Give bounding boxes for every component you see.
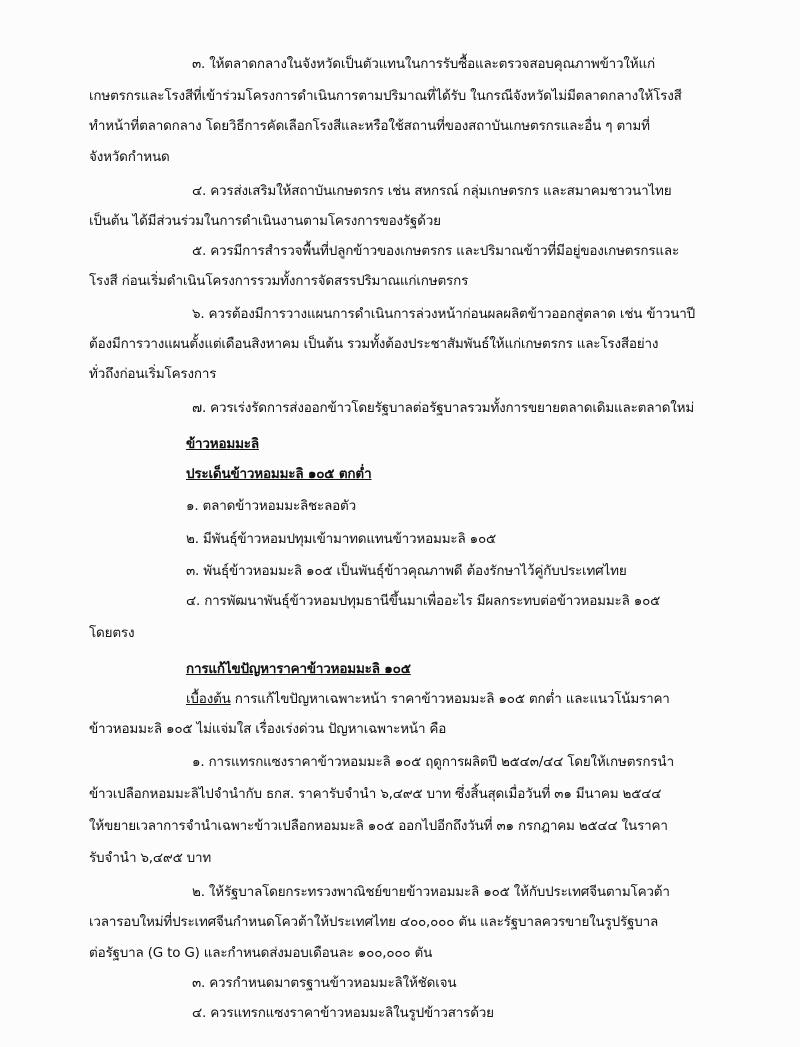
sol2-line1: ๒. ให้รัฐบาลโดยกระทรวงพาณิชย์ขายข้าวหอมม…: [192, 882, 670, 902]
sol3-line: ๓. ควรกำหนดมาตรฐานข้าวหอมมะลิให้ชัดเจน: [192, 973, 456, 993]
sol2-line2: เวลารอบใหม่ที่ประเทศจีนกำหนดโควต้าให้ประ…: [89, 912, 658, 932]
sol1-line1: ๑. การแทรกแซงราคาข้าวหอมมะลิ ๑๐๕ ฤดูการผ…: [192, 752, 674, 772]
item3-line2: เกษตรกรและโรงสีที่เข้าร่วมโครงการดำเนินก…: [89, 86, 682, 106]
item4-line2: เป็นต้น ได้มีส่วนร่วมในการดำเนินงานตามโค…: [89, 211, 441, 231]
issue-3: ๓. พันธุ์ข้าวหอมมะลิ ๑๐๕ เป็นพันธุ์ข้าวค…: [186, 561, 627, 581]
item3-line4: จังหวัดกำหนด: [89, 147, 170, 167]
sol4-line: ๔. ควรแทรกแซงราคาข้าวหอมมะลิในรูปข้าวสาร…: [192, 1003, 494, 1023]
issue-4: ๔. การพัฒนาพันธุ์ข้าวหอมปทุมธานีขึ้นมาเพ…: [186, 591, 660, 611]
intro-text: การแก้ไขปัญหาเฉพาะหน้า ราคาข้าวหอมมะลิ ๑…: [231, 691, 670, 707]
item6-line1: ๖. ควรต้องมีการวางแผนการดำเนินการล่วงหน้…: [192, 304, 695, 324]
solutions-heading: การแก้ไขปัญหาราคาข้าวหอมมะลิ ๑๐๕: [186, 659, 411, 679]
issue-2: ๒. มีพันธุ์ข้าวหอมปทุมเข้ามาทดแทนข้าวหอม…: [186, 529, 496, 549]
sol1-line2: ข้าวเปลือกหอมมะลิไปจำนำกับ ธกส. ราคารับจ…: [89, 784, 661, 804]
document-page: ๓. ให้ตลาดกลางในจังหวัดเป็นตัวแทนในการรั…: [0, 0, 800, 1047]
item5-line2: โรงสี ก่อนเริ่มดำเนินโครงการรวมทั้งการจั…: [89, 271, 468, 291]
item6-line3: ทั่วถึงก่อนเริ่มโครงการ: [89, 364, 216, 384]
issue-4-cont: โดยตรง: [89, 623, 134, 643]
intro-line2: ข้าวหอมมะลิ ๑๐๕ ไม่แจ่มใส เรื่องเร่งด่วน…: [89, 719, 446, 739]
issue-1: ๑. ตลาดข้าวหอมมะลิชะลอตัว: [186, 496, 356, 516]
sol1-line3: ให้ขยายเวลาการจำนำเฉพาะข้าวเปลือกหอมมะลิ…: [89, 816, 668, 836]
jasmine-heading: ข้าวหอมมะลิ: [186, 434, 259, 454]
intro-label: เบื้องต้น: [186, 691, 231, 707]
item6-line2: ต้องมีการวางแผนตั้งแต่เดือนสิงหาคม เป็นต…: [89, 334, 658, 354]
item7-line1: ๗. ควรเร่งรัดการส่งออกข้าวโดยรัฐบาลต่อรั…: [192, 398, 694, 418]
item5-line1: ๕. ควรมีการสำรวจพื้นที่ปลูกข้าวของเกษตรก…: [192, 241, 679, 261]
sol2-line3: ต่อรัฐบาล (G to G) และกำหนดส่งมอบเดือนละ…: [89, 943, 432, 963]
item3-line1: ๓. ให้ตลาดกลางในจังหวัดเป็นตัวแทนในการรั…: [192, 54, 655, 74]
item4-line1: ๔. ควรส่งเสริมให้สถาบันเกษตรกร เช่น สหกร…: [192, 181, 671, 201]
sol1-line4: รับจำนำ ๖,๔๙๕ บาท: [89, 848, 211, 868]
issues-heading: ประเด็นข้าวหอมมะลิ ๑๐๕ ตกต่ำ: [186, 464, 372, 484]
intro-line1: เบื้องต้น การแก้ไขปัญหาเฉพาะหน้า ราคาข้า…: [186, 689, 670, 709]
item3-line3: ทำหน้าที่ตลาดกลาง โดยวิธีการคัดเลือกโรงส…: [89, 116, 650, 136]
